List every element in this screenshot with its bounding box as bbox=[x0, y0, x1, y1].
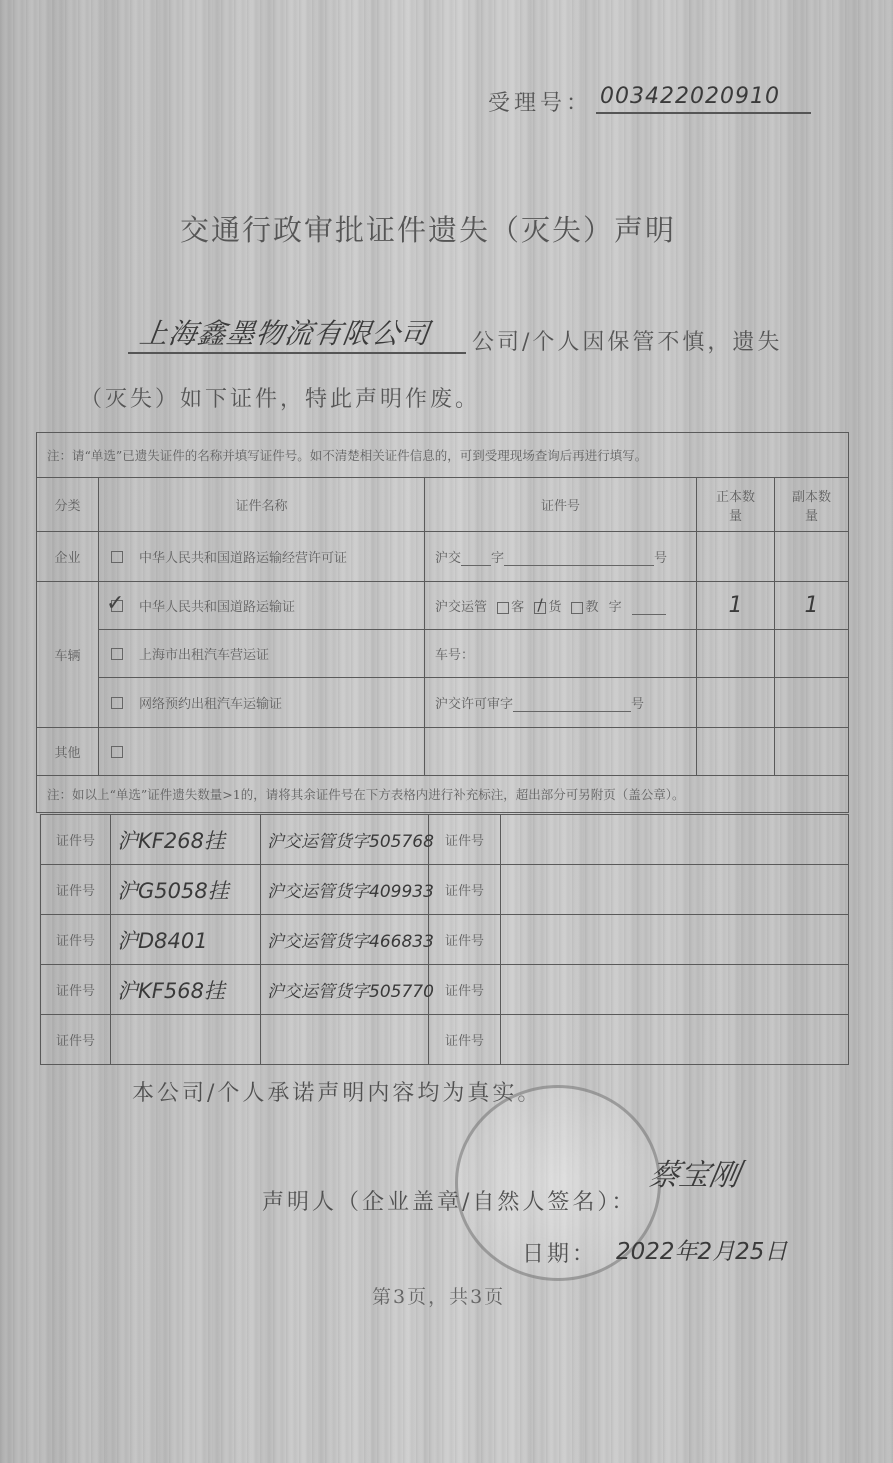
page-info: 第3页，共3页 bbox=[372, 1282, 505, 1309]
option-passenger-checkbox[interactable] bbox=[497, 602, 509, 614]
cert-option-other[interactable] bbox=[99, 728, 425, 776]
supp-cert-value[interactable]: 沪交运管货字466833 bbox=[261, 915, 429, 965]
supp-label: 证件号 bbox=[429, 865, 501, 915]
option-training-checkbox[interactable] bbox=[571, 602, 583, 614]
supp-label: 证件号 bbox=[41, 865, 111, 915]
declaration-line-2: （灭失）如下证件，特此声明作废。 bbox=[80, 382, 480, 413]
checkbox[interactable] bbox=[111, 746, 123, 758]
table-row: 证件号 证件号 bbox=[41, 1015, 849, 1065]
supp-plate-value[interactable] bbox=[111, 1015, 261, 1065]
cert-option-taxi-operation[interactable]: 上海市出租汽车营运证 bbox=[99, 630, 425, 678]
company-name-underline bbox=[128, 352, 466, 354]
supp-cert-value[interactable] bbox=[261, 1015, 429, 1065]
cert-option-ride-hailing[interactable]: 网络预约出租汽车运输证 bbox=[99, 678, 425, 728]
supp-label: 证件号 bbox=[41, 965, 111, 1015]
supp-label: 证件号 bbox=[429, 815, 501, 865]
supp-plate-value[interactable]: 沪KF568挂 bbox=[111, 965, 261, 1015]
supp-plate-value[interactable]: 沪D8401 bbox=[111, 915, 261, 965]
table-row: 证件号 沪KF568挂 沪交运管货字505770 证件号 bbox=[41, 965, 849, 1015]
cert-no-field[interactable] bbox=[425, 728, 697, 776]
cert-option-business-license[interactable]: 中华人民共和国道路运输经营许可证 bbox=[99, 532, 425, 582]
checkbox[interactable] bbox=[111, 648, 123, 660]
date-value: 2022年2月25日 bbox=[616, 1233, 787, 1266]
category-enterprise: 企业 bbox=[37, 532, 99, 582]
checkbox[interactable] bbox=[111, 551, 123, 563]
original-qty-cell[interactable] bbox=[697, 630, 775, 678]
category-vehicle: 车辆 bbox=[37, 582, 99, 728]
lost-certificate-table: 注：请“单选”已遗失证件的名称并填写证件号。如不清楚相关证件信息的，可到受理现场… bbox=[36, 432, 849, 813]
date-label: 日期： bbox=[522, 1237, 597, 1268]
copy-qty-cell[interactable] bbox=[775, 532, 849, 582]
table-row: 网络预约出租汽车运输证 沪交许可审字号 bbox=[37, 678, 849, 728]
supp-label: 证件号 bbox=[429, 1015, 501, 1065]
supp-cert-value[interactable]: 沪交运管货字505770 bbox=[261, 965, 429, 1015]
cert-no-field[interactable]: 沪交字号 bbox=[425, 532, 697, 582]
supp-empty-field[interactable] bbox=[501, 815, 849, 865]
checkbox-checked[interactable]: ✓ bbox=[111, 600, 123, 612]
table-row: 证件号 沪KF268挂 沪交运管货字505768 证件号 bbox=[41, 815, 849, 865]
table-row: 证件号 沪D8401 沪交运管货字466833 证件号 bbox=[41, 915, 849, 965]
cert-no-field[interactable]: 车号： bbox=[425, 630, 697, 678]
header-cert-no: 证件号 bbox=[425, 478, 697, 532]
copy-qty-cell[interactable] bbox=[775, 678, 849, 728]
document-title: 交通行政审批证件遗失（灭失）声明 bbox=[180, 208, 676, 249]
accept-no-underline bbox=[596, 112, 811, 114]
signature-handwritten: 蔡宝刚 bbox=[646, 1150, 744, 1194]
promise-statement: 本公司/个人承诺声明内容均为真实。 bbox=[132, 1076, 542, 1107]
header-category: 分类 bbox=[37, 478, 99, 532]
supp-label: 证件号 bbox=[41, 915, 111, 965]
category-other: 其他 bbox=[37, 728, 99, 776]
header-original-qty: 正本数量 bbox=[697, 478, 775, 532]
cert-option-road-transport[interactable]: ✓中华人民共和国道路运输证 bbox=[99, 582, 425, 630]
note-top: 注：请“单选”已遗失证件的名称并填写证件号。如不清楚相关证件信息的，可到受理现场… bbox=[37, 433, 849, 478]
table-row: 企业 中华人民共和国道路运输经营许可证 沪交字号 bbox=[37, 532, 849, 582]
copy-qty-cell[interactable] bbox=[775, 728, 849, 776]
original-qty-cell[interactable] bbox=[697, 728, 775, 776]
check-mark-icon: ✓ bbox=[106, 591, 124, 616]
supp-label: 证件号 bbox=[429, 965, 501, 1015]
copy-qty-cell[interactable] bbox=[775, 630, 849, 678]
accept-no-value: 003422020910 bbox=[600, 84, 780, 109]
table-row: 上海市出租汽车营运证 车号： bbox=[37, 630, 849, 678]
supp-label: 证件号 bbox=[41, 815, 111, 865]
copy-qty-value[interactable]: 1 bbox=[775, 582, 849, 630]
checkbox[interactable] bbox=[111, 697, 123, 709]
supp-empty-field[interactable] bbox=[501, 865, 849, 915]
supplement-table: 证件号 沪KF268挂 沪交运管货字505768 证件号 证件号 沪G5058挂… bbox=[40, 814, 849, 1065]
note-bottom: 注：如以上“单选”证件遗失数量>1的，请将其余证件号在下方表格内进行补充标注，超… bbox=[37, 776, 849, 813]
original-qty-value[interactable]: 1 bbox=[697, 582, 775, 630]
supp-empty-field[interactable] bbox=[501, 915, 849, 965]
supp-plate-value[interactable]: 沪G5058挂 bbox=[111, 865, 261, 915]
table-row: 其他 bbox=[37, 728, 849, 776]
supp-plate-value[interactable]: 沪KF268挂 bbox=[111, 815, 261, 865]
supp-cert-value[interactable]: 沪交运管货字505768 bbox=[261, 815, 429, 865]
supp-label: 证件号 bbox=[41, 1015, 111, 1065]
supp-label: 证件号 bbox=[429, 915, 501, 965]
original-qty-cell[interactable] bbox=[697, 532, 775, 582]
supp-cert-value[interactable]: 沪交运管货字409933 bbox=[261, 865, 429, 915]
option-freight-checkbox[interactable]: / bbox=[534, 602, 546, 614]
declarant-label: 声明人（企业盖章/自然人签名）： bbox=[262, 1185, 636, 1216]
original-qty-cell[interactable] bbox=[697, 678, 775, 728]
supp-empty-field[interactable] bbox=[501, 965, 849, 1015]
accept-no-label: 受理号： bbox=[488, 86, 592, 117]
supp-empty-field[interactable] bbox=[501, 1015, 849, 1065]
declaration-line-1: 公司/个人因保管不慎，遗失 bbox=[472, 325, 782, 356]
cert-no-field[interactable]: 沪交许可审字号 bbox=[425, 678, 697, 728]
table-row: 证件号 沪G5058挂 沪交运管货字409933 证件号 bbox=[41, 865, 849, 915]
header-copy-qty: 副本数量 bbox=[775, 478, 849, 532]
check-mark-icon: / bbox=[537, 595, 542, 614]
company-name-handwritten: 上海鑫墨物流有限公司 bbox=[137, 312, 433, 352]
table-row: 车辆 ✓中华人民共和国道路运输证 沪交运管 客 /货 教 字 1 1 bbox=[37, 582, 849, 630]
header-cert-name: 证件名称 bbox=[99, 478, 425, 532]
cert-no-field[interactable]: 沪交运管 客 /货 教 字 bbox=[425, 582, 697, 630]
